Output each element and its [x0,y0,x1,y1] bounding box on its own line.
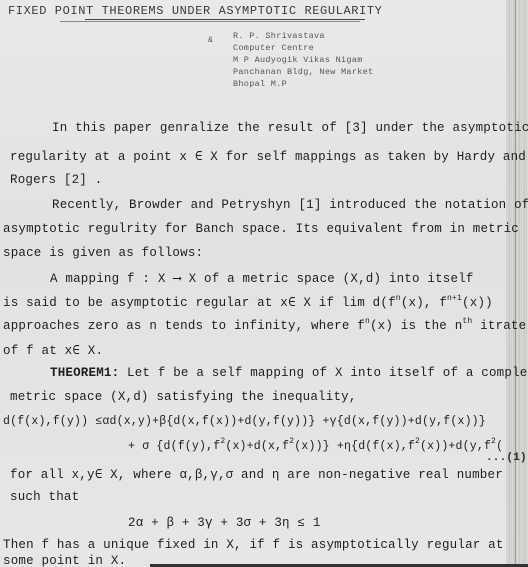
author-name: R. P. Shrivastava [233,31,325,41]
page-edge-shadow [506,0,528,567]
theorem-line-3: for all x,y∈ X, where α,β,γ,σ and η are … [10,466,503,482]
conclusion-line-2: some point in X. [3,554,126,567]
definition-line-4: of f at x∈ X. [3,342,103,358]
condition-equation: 2α + β + 3γ + 3σ + 3η ≤ 1 [128,516,321,530]
inequality-text: (x))} +η{d(f(x),f [294,440,415,453]
author-address-2: Bhopal M.P [233,79,287,89]
theorem-label: THEOREM1: [50,366,119,380]
page-edge-line [515,0,516,567]
inequality-line-1: d(f(x),f(y)) ≤αd(x,y)+β{d(x,f(x))+d(y,f(… [3,415,486,428]
definition-line-3-text: approaches zero as n tends to infinity, … [3,319,365,333]
author-address-1: Panchanan Bldg, New Market [233,67,373,77]
superscript: th [462,317,472,326]
definition-line-2-text: is said to be asymptotic regular at x∈ X… [3,296,396,310]
theorem-line-2: metric space (X,d) satisfying the inequa… [10,390,357,404]
title-underline-faint [60,21,360,22]
author-marker: & [208,36,213,45]
definition-line-3-text: itrate [472,319,526,333]
intro-line-1: In this paper genralize the result of [3… [52,121,528,135]
intro-line-2: regularity at a point x ∈ X for self map… [10,148,526,164]
author-affiliation-1: Computer Centre [233,43,314,53]
definition-line-2-text: (x), f [401,296,447,310]
recent-line-1: Recently, Browder and Petryshyn [1] intr… [52,198,528,212]
inequality-text: (x)+d(x,f [225,440,289,453]
superscript: n+1 [447,294,462,303]
title-underline [85,19,365,20]
inequality-text: (x))+d(y,f [420,440,491,453]
scanned-page: FIXED POINT THEOREMS UNDER ASYMPTOTIC RE… [0,0,528,567]
recent-line-3: space is given as follows: [3,246,203,260]
equation-number: ...(1) [486,452,527,464]
definition-line-2: is said to be asymptotic regular at x∈ X… [3,294,493,310]
inequality-text: + σ {d(f(y),f [128,440,220,453]
recent-line-2: asymptotic regulrity for Banch space. It… [3,222,519,236]
intro-line-3: Rogers [2] . [10,173,102,187]
theorem-line-1: THEOREM1: Let f be a self mapping of X i… [50,366,528,380]
theorem-line-4: such that [10,490,79,504]
theorem-line-1-text: Let f be a self mapping of X into itself… [119,366,528,380]
definition-line-1: A mapping f : X ⟶ X of a metric space (X… [50,270,474,286]
conclusion-line-1: Then f has a unique fixed in X, if f is … [3,538,504,552]
inequality-line-2: + σ {d(f(y),f2(x)+d(x,f2(x))} +η{d(f(x),… [128,440,503,453]
definition-line-3-text: (x) is the n [370,319,462,333]
author-affiliation-2: M P Audyogik Vikas Nigam [233,55,363,65]
paper-title: FIXED POINT THEOREMS UNDER ASYMPTOTIC RE… [8,4,382,18]
definition-line-2-text: (x)) [462,296,493,310]
definition-line-3: approaches zero as n tends to infinity, … [3,319,526,333]
